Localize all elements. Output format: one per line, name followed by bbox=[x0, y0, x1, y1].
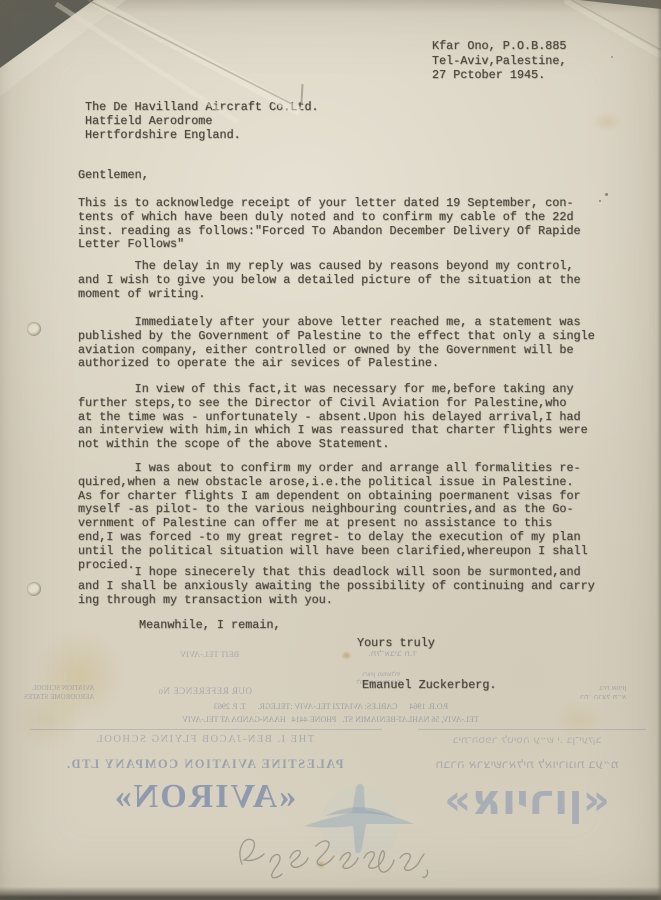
closing-line: Meanwhile, I remain, bbox=[139, 619, 281, 633]
salutation: Gentlemen, bbox=[78, 169, 149, 183]
letterhead-company-he: חברה ארצישראלית לאוירונות בע״מ bbox=[398, 757, 656, 771]
letterhead-company-en: PALESTINE AVIATION COMPANY LTD. bbox=[22, 757, 387, 772]
typed-signature-name: Emanuel Zuckerberg. bbox=[362, 679, 497, 693]
letter-paragraph: In view of this fact,it was necessary fo… bbox=[78, 383, 588, 452]
letterhead-school-en: THE I. BEN-JACOB FLYING SCHOOL bbox=[22, 734, 387, 745]
corner-fold-top-left bbox=[0, 0, 310, 125]
bleedthrough-fragment: AVIATION SCHOOL AERODROME STATES bbox=[24, 684, 94, 702]
letterhead-school-he: בית־הספר לטיסה ע״ש י. בן־יעקב bbox=[398, 734, 656, 746]
letter-paragraph: The delay in my reply was caused by reas… bbox=[78, 260, 581, 301]
bleedthrough-fragment: P.O.B. 1964 CABLES: AVIATZI TEL-AVIV :TE… bbox=[85, 702, 577, 711]
punch-hole bbox=[27, 322, 41, 336]
handwritten-signature bbox=[228, 824, 443, 886]
bleedthrough-fragment: TEL-AVIV, 56 NAHLAT-BENJAMIN ST. PHONE 4… bbox=[78, 715, 583, 724]
bleedthrough-fragment: בית אוניון רח׳ הרצל ת״א bbox=[580, 684, 626, 702]
corner-fold-top-right bbox=[521, 0, 661, 75]
scan-edge-right bbox=[657, 0, 661, 900]
letterhead-brand-he: «אוירון» bbox=[398, 775, 656, 824]
bleedthrough-letterhead-hebrew: בית־הספר לטיסה ע״ש י. בן־יעקב חברה ארציש… bbox=[398, 734, 656, 824]
letter-paragraph: Immediately after your above letter reac… bbox=[78, 316, 595, 371]
scan-edge-bottom bbox=[0, 887, 661, 900]
punch-hole bbox=[27, 582, 41, 596]
ink-speck bbox=[599, 200, 601, 202]
ink-speck bbox=[605, 193, 608, 196]
valediction: Yours truly bbox=[357, 637, 435, 651]
letter-paragraph: I hope sinecerely that this deadlock wil… bbox=[78, 566, 595, 607]
letterhead-rule bbox=[418, 729, 646, 730]
stain bbox=[341, 651, 352, 660]
letterhead-rule bbox=[30, 729, 382, 730]
letter-paragraph: I was about to confirm my order and arra… bbox=[78, 462, 588, 572]
bleedthrough-fragment: OUR REFERENCE No bbox=[158, 686, 252, 696]
letter-page: BEIT TEL-AVIV תל־אביב ת.ד. OUR REFERENCE… bbox=[0, 0, 661, 900]
stain bbox=[592, 112, 622, 132]
bleedthrough-fragment: BEIT TEL-AVIV bbox=[180, 649, 239, 659]
letter-paragraph: This is to acknowledge receipt of your l… bbox=[78, 197, 581, 252]
